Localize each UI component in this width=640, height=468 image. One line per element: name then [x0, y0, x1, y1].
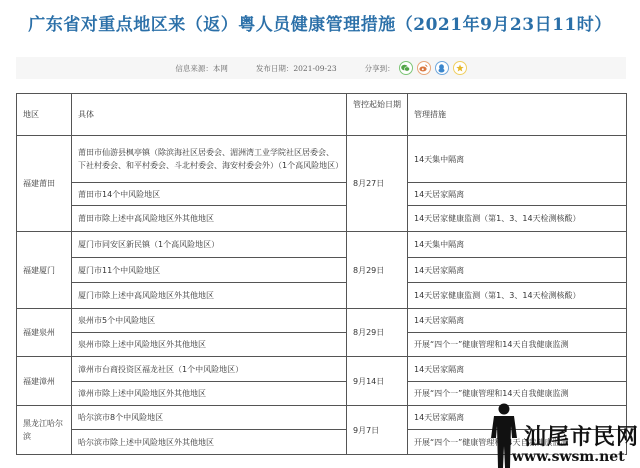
page-title: 广东省对重点地区来（返）粤人员健康管理措施（2021年9月23日11时）: [0, 10, 640, 35]
share-label: 分享到：: [365, 63, 395, 74]
measure-cell: 14天集中隔离: [408, 232, 627, 258]
region-cell: 福建漳州: [17, 357, 72, 406]
table-row: 哈尔滨市除上述中风险地区外其他地区 开展“四个一”健康管理和14天自我健康监测: [17, 430, 627, 455]
table-row: 福建泉州 泉州市5个中风险地区 8月29日 14天居家隔离: [17, 309, 627, 333]
measure-cell: 14天居家隔离: [408, 357, 627, 382]
table-header-row: 地区 具体 管控起始日期 管理措施: [17, 94, 627, 136]
weibo-icon[interactable]: [417, 61, 431, 75]
table-row: 福建莆田 莆田市仙游县枫亭镇（除滨海社区居委会、湄洲湾工业学院社区居委会、下社村…: [17, 136, 627, 183]
region-cell: 福建厦门: [17, 232, 72, 309]
table-row: 莆田市除上述中高风险地区外其他地区 14天居家健康监测（第1、3、14天检测核酸…: [17, 206, 627, 232]
header-measure: 管理措施: [408, 94, 627, 136]
detail-cell: 泉州市除上述中风险地区外其他地区: [72, 333, 347, 357]
header-detail: 具体: [72, 94, 347, 136]
date-cell: 8月29日: [347, 232, 408, 309]
header-start-date: 管控起始日期: [347, 94, 408, 136]
measure-cell: 14天居家健康监测（第1、3、14天检测核酸）: [408, 283, 627, 309]
table-row: 福建厦门 厦门市同安区新民镇（1个高风险地区） 8月29日 14天集中隔离: [17, 232, 627, 258]
detail-cell: 漳州市台商投资区福龙社区（1个中风险地区）: [72, 357, 347, 382]
detail-cell: 莆田市除上述中高风险地区外其他地区: [72, 206, 347, 232]
publish-date: 发布日期：2021-09-23: [256, 63, 337, 74]
table-row: 泉州市除上述中风险地区外其他地区 开展“四个一”健康管理和14天自我健康监测: [17, 333, 627, 357]
measure-cell: 14天居家隔离: [408, 183, 627, 206]
table-row: 黑龙江哈尔滨 哈尔滨市8个中风险地区 9月7日 14天居家隔离: [17, 406, 627, 430]
table-row: 厦门市除上述中高风险地区外其他地区 14天居家健康监测（第1、3、14天检测核酸…: [17, 283, 627, 309]
region-cell: 黑龙江哈尔滨: [17, 406, 72, 455]
detail-cell: 厦门市同安区新民镇（1个高风险地区）: [72, 232, 347, 258]
detail-cell: 厦门市除上述中高风险地区外其他地区: [72, 283, 347, 309]
table-row: 漳州市除上述中风险地区外其他地区 开展“四个一”健康管理和14天自我健康监测: [17, 382, 627, 406]
measure-cell: 开展“四个一”健康管理和14天自我健康监测: [408, 382, 627, 406]
share-section: 分享到：: [365, 61, 467, 75]
wechat-icon[interactable]: [399, 61, 413, 75]
measure-cell: 14天居家隔离: [408, 309, 627, 333]
detail-cell: 哈尔滨市8个中风险地区: [72, 406, 347, 430]
qq-icon[interactable]: [435, 61, 449, 75]
source-label: 信息来源：本网: [175, 63, 228, 74]
detail-cell: 泉州市5个中风险地区: [72, 309, 347, 333]
detail-cell: 哈尔滨市除上述中风险地区外其他地区: [72, 430, 347, 455]
measure-cell: 14天居家健康监测（第1、3、14天检测核酸）: [408, 206, 627, 232]
qzone-icon[interactable]: [453, 61, 467, 75]
meta-bar: 信息来源：本网 发布日期：2021-09-23 分享到：: [16, 57, 626, 79]
detail-cell: 厦门市11个中风险地区: [72, 258, 347, 283]
detail-cell: 漳州市除上述中风险地区外其他地区: [72, 382, 347, 406]
date-cell: 8月29日: [347, 309, 408, 357]
detail-cell: 莆田市14个中风险地区: [72, 183, 347, 206]
region-cell: 福建莆田: [17, 136, 72, 232]
date-cell: 8月27日: [347, 136, 408, 232]
table-row: 莆田市14个中风险地区 14天居家隔离: [17, 183, 627, 206]
measure-cell: 14天集中隔离: [408, 136, 627, 183]
date-cell: 9月14日: [347, 357, 408, 406]
detail-cell: 莆田市仙游县枫亭镇（除滨海社区居委会、湄洲湾工业学院社区居委会、下社村委会、和平…: [72, 136, 347, 183]
region-cell: 福建泉州: [17, 309, 72, 357]
measure-cell: 14天居家隔离: [408, 258, 627, 283]
measure-cell: 开展“四个一”健康管理和14天自我健康监测: [408, 333, 627, 357]
date-cell: 9月7日: [347, 406, 408, 455]
health-measures-table: 地区 具体 管控起始日期 管理措施 福建莆田 莆田市仙游县枫亭镇（除滨海社区居委…: [16, 93, 627, 455]
measure-cell: 开展“四个一”健康管理和14天自我健康监测: [408, 430, 627, 455]
header-region: 地区: [17, 94, 72, 136]
table-row: 福建漳州 漳州市台商投资区福龙社区（1个中风险地区） 9月14日 14天居家隔离: [17, 357, 627, 382]
table-row: 厦门市11个中风险地区 14天居家隔离: [17, 258, 627, 283]
measure-cell: 14天居家隔离: [408, 406, 627, 430]
